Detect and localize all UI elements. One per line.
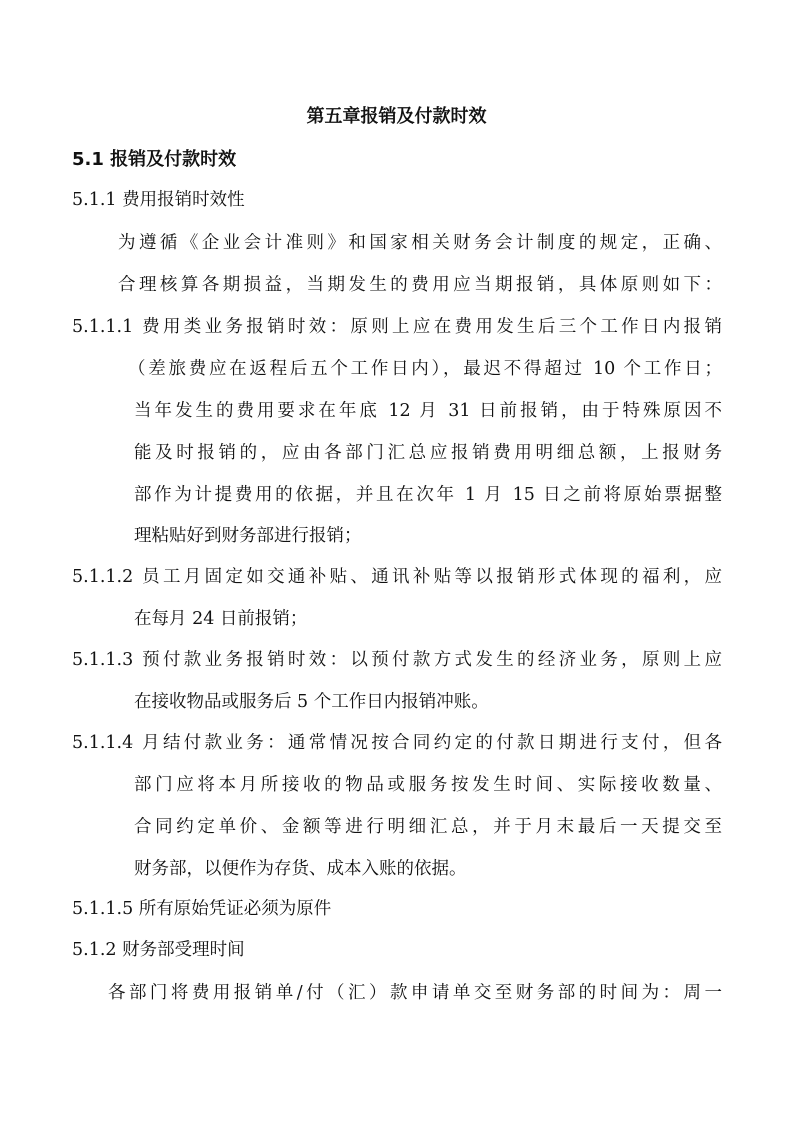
section-heading-5-1: 5.1 报销及付款时效 [72,148,236,172]
section-heading-5-1-1: 5.1.1 费用报销时效性 [72,188,245,212]
item-5-1-1-3-line-1: 5.1.1.3 预付款业务报销时效：以预付款方式发生的经济业务，原则上应 [72,648,722,672]
item-5-1-1-1-line-2: （差旅费应在返程后五个工作日内），最迟不得超过 10 个工作日； [128,357,722,381]
intro-line-2: 合理核算各期损益，当期发生的费用应当期报销，具体原则如下： [118,273,722,297]
item-5-1-1-4-line-4: 财务部，以便作为存货、成本入账的依据。 [134,857,467,881]
chapter-title: 第五章报销及付款时效 [0,105,793,129]
section-heading-5-1-2: 5.1.2 财务部受理时间 [72,938,245,962]
para-5-1-2-line-1: 各部门将费用报销单/付（汇）款申请单交至财务部的时间为：周一 [108,981,722,1005]
item-5-1-1-4-line-1: 5.1.1.4 月结付款业务：通常情况按合同约定的付款日期进行支付，但各 [72,731,722,755]
item-5-1-1-4-line-2: 部门应将本月所接收的物品或服务按发生时间、实际接收数量、 [134,773,722,797]
item-5-1-1-1-line-6: 理粘贴好到财务部进行报销； [134,524,362,548]
item-5-1-1-4-line-3: 合同约定单价、金额等进行明细汇总，并于月末最后一天提交至 [134,815,722,839]
intro-line-1: 为遵循《企业会计准则》和国家相关财务会计制度的规定，正确、 [118,231,722,255]
item-5-1-1-1-line-4: 能及时报销的，应由各部门汇总应报销费用明细总额，上报财务 [134,441,722,465]
item-5-1-1-1-line-1: 5.1.1.1 费用类业务报销时效：原则上应在费用发生后三个工作日内报销 [72,315,722,339]
item-5-1-1-2-line-1: 5.1.1.2 员工月固定如交通补贴、通讯补贴等以报销形式体现的福利，应 [72,565,722,589]
item-5-1-1-3-line-2: 在接收物品或服务后 5 个工作日内报销冲账。 [134,690,489,714]
item-5-1-1-1-line-3: 当年发生的费用要求在年底 12 月 31 日前报销，由于特殊原因不 [134,399,722,423]
item-5-1-1-1-line-5: 部作为计提费用的依据，并且在次年 1 月 15 日之前将原始票据整 [134,483,722,507]
item-5-1-1-5: 5.1.1.5 所有原始凭证必须为原件 [72,897,331,921]
item-5-1-1-2-line-2: 在每月 24 日前报销； [134,607,307,631]
